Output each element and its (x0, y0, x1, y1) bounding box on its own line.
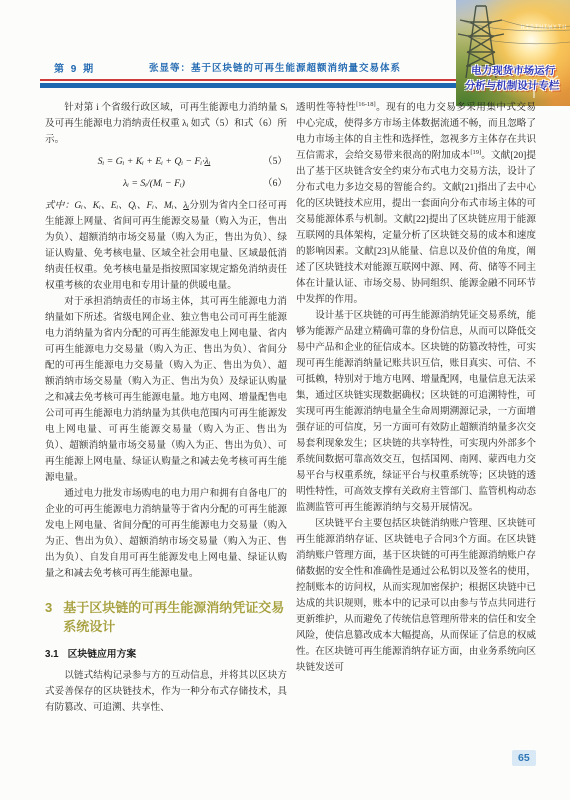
paragraph-blockchain-platform: 区块链平台主要包括区块链消纳账户管理、区块链可再生能源消纳存证、区块链电子合同3… (296, 516, 536, 676)
paragraph-blockchain-intro: 以链式结构记录参与方的互动信息，并将其以区块方式妥善保存的区块链技术，作为一种分… (45, 668, 287, 716)
journal-page: 第 9 期 张显等：基于区块链的可再生能源超额消纳量交易体系 HIBTHIWYT… (0, 0, 570, 800)
right-column: 透明性等特性[16-18]。现有的电力交易多采用集中式交易中心完成，使得多方市场… (296, 100, 536, 676)
left-column: 针对第 i 个省级行政区域，可再生能源电力消纳量 Sᵢ 及可再生能源电力消纳责任… (45, 100, 287, 716)
paragraph-literature-review: 透明性等特性[16-18]。现有的电力交易多采用集中式交易中心完成，使得多方市场… (296, 100, 536, 308)
lambda-underlined: λᵢ (205, 156, 211, 167)
section-3-1-title: 区块链应用方案 (68, 647, 137, 663)
equation-5-formula: Sᵢ = Gᵢ + Kᵢ + Eᵢ + Qᵢ − Fᵢ·λᵢ (45, 154, 263, 170)
paragraph-blockchain-features: 设计基于区块链的可再生能源消纳凭证交易系统，能够为能源产品建立精确可靠的身份信息… (296, 308, 536, 516)
paragraph-market-entities: 对于承担消纳责任的市场主体，其可再生能源电力消纳量如下所述。省级电网企业、独立售… (45, 294, 287, 486)
header-rule-red (40, 79, 458, 81)
banner-caption-line1: 电力现货市场运行 (456, 64, 570, 79)
running-title: 张显等：基于区块链的可再生能源超额消纳量交易体系 (95, 60, 455, 74)
banner-caption: 电力现货市场运行 分析与机制设计专栏 (456, 64, 570, 94)
section-3-title: 基于区块链的可再生能源消纳凭证交易系统设计 (63, 598, 287, 636)
column-banner-image: HIBTHIWYTH 电力现货市场运行 分析与机制设计专栏 (456, 0, 570, 106)
section-3-heading: 3 基于区块链的可再生能源消纳凭证交易系统设计 (45, 598, 287, 636)
issue-label: 第 9 期 (54, 60, 95, 75)
paragraph-symbol-list: 式中：Gᵢ、Kᵢ、Eᵢ、Qᵢ、Fᵢ、Mᵢ、λᵢ分别为省内全口径可再生能源上网量、… (45, 198, 287, 294)
section-3-1-number: 3.1 (45, 647, 59, 663)
equation-6-formula: λᵢ = Sᵢ/(Mᵢ − Fᵢ) (45, 176, 263, 192)
paragraph-wholesale-users: 通过电力批发市场购电的电力用户和拥有自备电厂的企业的可再生能源电力消纳量等于省内… (45, 486, 287, 582)
page-number-badge: 65 (512, 750, 536, 766)
section-3-number: 3 (45, 598, 52, 636)
equation-6-number: （6） (263, 176, 287, 192)
citation-ref-19: [19] (470, 149, 481, 156)
equation-5-number: （5） (263, 154, 287, 170)
banner-caption-line2: 分析与机制设计专栏 (456, 79, 569, 94)
citation-ref-16-18: [16-18] (356, 101, 376, 108)
section-3-1-heading: 3.1 区块链应用方案 (45, 647, 287, 663)
equation-5: Sᵢ = Gᵢ + Kᵢ + Eᵢ + Qᵢ − Fᵢ·λᵢ （5） (45, 154, 287, 170)
header-rule-blue (40, 83, 458, 88)
equation-6: λᵢ = Sᵢ/(Mᵢ − Fᵢ) （6） (45, 176, 287, 192)
paragraph-definitions-intro: 针对第 i 个省级行政区域，可再生能源电力消纳量 Sᵢ 及可再生能源电力消纳责任… (45, 100, 287, 148)
